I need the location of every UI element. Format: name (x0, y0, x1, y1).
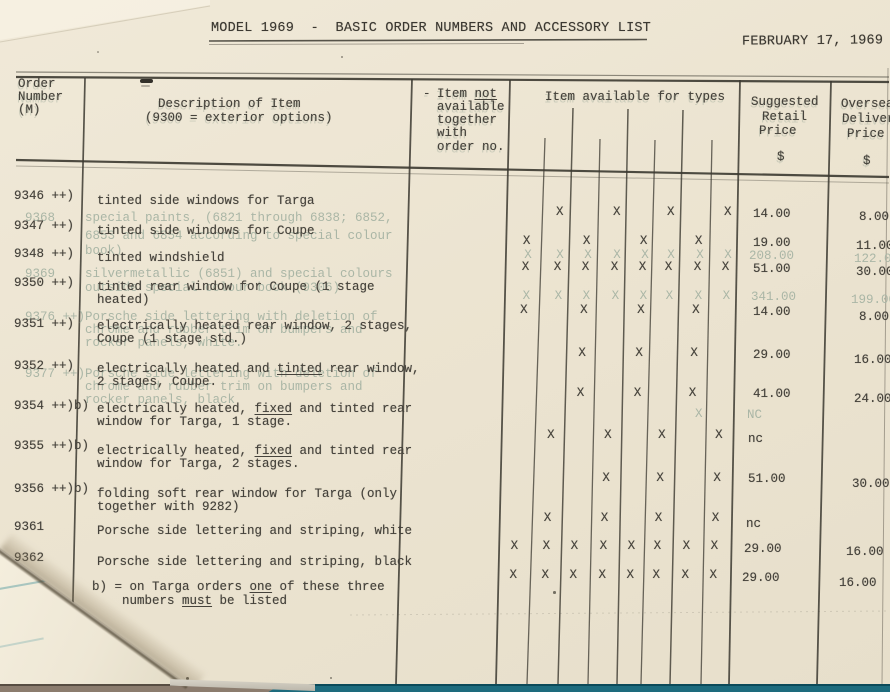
item-description: tinted side windows for Targa (97, 195, 315, 208)
undersheet-teal-rule (0, 637, 44, 648)
availability-mark: X (509, 569, 517, 582)
retail-price: 14.00 (753, 208, 791, 221)
overseas-price: 24.00 (854, 393, 890, 406)
availability-mark: X (635, 347, 643, 360)
paper-speck (553, 591, 556, 594)
availability-mark: X (722, 261, 730, 274)
table-rows-layer: 9346 ++)tinted side windows for TargaXXX… (0, 0, 890, 684)
availability-mark: X (639, 261, 647, 274)
availability-mark: X (692, 304, 700, 317)
availability-mark: X (712, 512, 720, 525)
overseas-price: 30.00 (852, 478, 890, 491)
document-page: XXXXXXXX208.00122.00XXXXXXXX341.00199.00… (0, 0, 890, 684)
availability-mark: X (600, 540, 608, 553)
availability-mark: X (711, 540, 719, 553)
availability-mark: X (601, 512, 609, 525)
order-number: 9354 ++)b) (14, 400, 89, 413)
overseas-price: 8.00 (859, 211, 889, 224)
availability-mark: X (683, 540, 691, 553)
order-number: 9350 ++) (14, 277, 74, 290)
availability-mark: X (541, 569, 549, 582)
order-number: 9351 ++) (14, 318, 74, 331)
availability-mark: X (580, 304, 588, 317)
availability-mark: X (523, 235, 531, 248)
availability-mark: X (724, 206, 732, 219)
availability-mark: X (583, 235, 591, 248)
availability-mark: X (544, 512, 552, 525)
order-number: 9361 (14, 521, 44, 534)
paper-speck (341, 56, 343, 58)
availability-mark: X (652, 569, 660, 582)
availability-mark: X (713, 472, 721, 485)
availability-mark: X (694, 261, 702, 274)
item-description: Porsche side lettering and striping, bla… (97, 556, 412, 569)
retail-price: 41.00 (753, 388, 791, 401)
availability-mark: X (582, 261, 590, 274)
item-description: tinted windshield (97, 252, 225, 265)
availability-mark: X (611, 261, 619, 274)
item-description: together with 9282) (97, 501, 240, 514)
availability-mark: X (522, 261, 530, 274)
availability-mark: X (602, 472, 610, 485)
availability-mark: X (665, 261, 673, 274)
availability-mark: X (689, 387, 697, 400)
availability-mark: X (569, 569, 577, 582)
retail-price: nc (748, 433, 763, 446)
overseas-price: 16.00 (854, 354, 890, 367)
retail-price: 51.00 (753, 263, 791, 276)
order-number: 9346 ++) (14, 190, 74, 203)
availability-mark: X (571, 540, 579, 553)
item-description: Porsche side lettering and striping, whi… (97, 525, 412, 538)
availability-mark: X (577, 387, 585, 400)
item-description: Coupe (1 stage std.) (97, 333, 247, 346)
availability-mark: X (640, 235, 648, 248)
availability-mark: X (658, 429, 666, 442)
availability-mark: X (628, 540, 636, 553)
availability-mark: X (656, 472, 664, 485)
availability-mark: X (520, 304, 528, 317)
availability-mark: X (511, 540, 519, 553)
availability-mark: X (709, 569, 717, 582)
availability-mark: X (637, 304, 645, 317)
item-description: tinted side windows for Coupe (97, 225, 315, 238)
retail-price: 51.00 (748, 473, 786, 486)
retail-price: 29.00 (753, 349, 791, 362)
scanned-document: { "title": "MODEL 1969 - BASIC ORDER NUM… (0, 0, 890, 692)
item-description: window for Targa, 2 stages. (97, 458, 300, 471)
order-number: 9356 ++)b) (14, 483, 89, 496)
availability-mark: X (578, 347, 586, 360)
retail-price: 29.00 (742, 572, 780, 585)
order-number: 9355 ++)b) (14, 440, 89, 453)
overseas-price: 11.00 (856, 240, 890, 253)
availability-mark: X (715, 429, 723, 442)
availability-mark: X (556, 206, 564, 219)
item-description: heated) (97, 294, 150, 307)
availability-mark: X (626, 569, 634, 582)
overseas-price: 8.00 (859, 311, 889, 324)
availability-mark: X (681, 569, 689, 582)
availability-mark: X (695, 235, 703, 248)
availability-mark: X (554, 261, 562, 274)
order-number: 9348 ++) (14, 248, 74, 261)
availability-mark: X (547, 429, 555, 442)
order-number: 9352 ++) (14, 360, 74, 373)
retail-price: 19.00 (753, 237, 791, 250)
retail-price: nc (746, 518, 761, 531)
availability-mark: X (667, 206, 675, 219)
paper-speck (97, 51, 99, 53)
overseas-price: 16.00 (846, 546, 884, 559)
item-description: 2 stages, Coupe. (97, 376, 217, 389)
availability-mark: X (654, 540, 662, 553)
availability-mark: X (613, 206, 621, 219)
overseas-price: 30.00 (856, 266, 890, 279)
order-number: 9347 ++) (14, 220, 74, 233)
availability-mark: X (543, 540, 551, 553)
availability-mark: X (655, 512, 663, 525)
retail-price: 14.00 (753, 306, 791, 319)
availability-mark: X (634, 387, 642, 400)
availability-mark: X (598, 569, 606, 582)
item-description: window for Targa, 1 stage. (97, 416, 292, 429)
availability-mark: X (690, 347, 698, 360)
overseas-price: 16.00 (839, 577, 877, 590)
paper-speck (330, 677, 332, 679)
retail-price: 29.00 (744, 543, 782, 556)
availability-mark: X (604, 429, 612, 442)
